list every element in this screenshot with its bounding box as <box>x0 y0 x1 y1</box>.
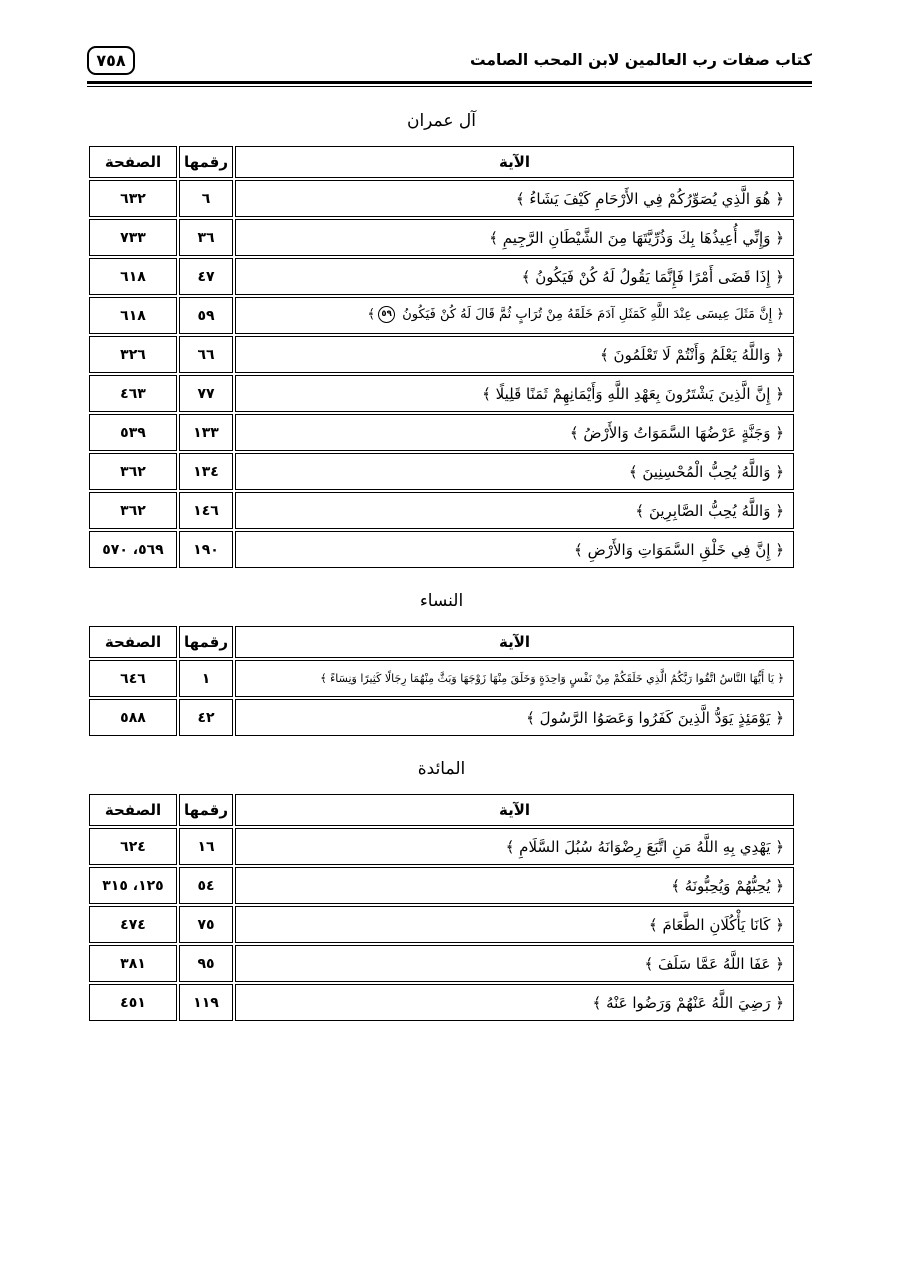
verse-text: ﴿ وَاللَّهُ يُحِبُّ الصَّابِرِينَ ﴾ <box>635 502 784 520</box>
column-header-verse: الآية <box>235 794 794 826</box>
page-number-cell: ٣٨١ <box>89 945 177 982</box>
verse-row: ﴿ كَانَا يَأْكُلَانِ الطَّعَامَ ﴾٧٥٤٧٤ <box>89 906 794 943</box>
verses-table: الآيةرقمهاالصفحة﴿ هُوَ الَّذِي يُصَوِّرُ… <box>87 144 796 570</box>
verse-row: ﴿ رَضِيَ اللَّهُ عَنْهُمْ وَرَضُوا عَنْه… <box>89 984 794 1021</box>
page-number-cell: ٦٤٦ <box>89 660 177 697</box>
ayah-number-cell: ١ <box>179 660 233 697</box>
verse-row: ﴿ إِنَّ فِي خَلْقِ السَّمَوَاتِ وَالأَرْ… <box>89 531 794 568</box>
ayah-number-medallion: ٥٩ <box>378 306 395 323</box>
verse-cell: ﴿ وَإِنِّي أُعِيذُهَا بِكَ وَذُرِّيَّتَه… <box>235 219 794 256</box>
page-number-cell: ٦٣٢ <box>89 180 177 217</box>
ayah-number-cell: ٦٦ <box>179 336 233 373</box>
verse-row: ﴿ إِنَّ الَّذِينَ يَشْتَرُونَ بِعَهْدِ ا… <box>89 375 794 412</box>
ayah-number-cell: ١٣٤ <box>179 453 233 490</box>
verse-cell: ﴿ يُحِبُّهُمْ وَيُحِبُّونَهُ ﴾ <box>235 867 794 904</box>
page-number-badge: ٧٥٨ <box>87 46 135 75</box>
column-header-number: رقمها <box>179 794 233 826</box>
table-header-row: الآيةرقمهاالصفحة <box>89 626 794 658</box>
verse-row: ﴿ يَا أَيُّهَا النَّاسُ اتَّقُوا رَبَّكُ… <box>89 660 794 697</box>
verse-cell: ﴿ إِنَّ فِي خَلْقِ السَّمَوَاتِ وَالأَرْ… <box>235 531 794 568</box>
verse-cell: ﴿ يَا أَيُّهَا النَّاسُ اتَّقُوا رَبَّكُ… <box>235 660 794 697</box>
book-header-title: كتاب صفات رب العالمين لابن المحب الصامت <box>470 51 812 69</box>
ayah-number-cell: ١٤٦ <box>179 492 233 529</box>
verse-text: ﴿ وَإِنِّي أُعِيذُهَا بِكَ وَذُرِّيَّتَه… <box>489 229 784 247</box>
verse-text: ﴿ يَهْدِي بِهِ اللَّهُ مَنِ اتَّبَعَ رِض… <box>506 838 784 856</box>
verse-end-bracket: ﴾ <box>367 307 375 322</box>
verse-text: ﴿ يَوْمَئِذٍ يَوَدُّ الَّذِينَ كَفَرُوا … <box>526 709 784 727</box>
book-page: كتاب صفات رب العالمين لابن المحب الصامت … <box>0 0 900 1269</box>
ayah-number-cell: ٦ <box>179 180 233 217</box>
column-header-page: الصفحة <box>89 626 177 658</box>
page-number-cell: ٧٣٣ <box>89 219 177 256</box>
column-header-number: رقمها <box>179 626 233 658</box>
verse-row: ﴿ وَإِنِّي أُعِيذُهَا بِكَ وَذُرِّيَّتَه… <box>89 219 794 256</box>
ayah-number-cell: ٥٤ <box>179 867 233 904</box>
table-body: ﴿ هُوَ الَّذِي يُصَوِّرُكُمْ فِي الأَرْح… <box>89 180 794 568</box>
table-body: ﴿ يَا أَيُّهَا النَّاسُ اتَّقُوا رَبَّكُ… <box>89 660 794 736</box>
surah-title: النساء <box>87 591 796 611</box>
verse-text: ﴿ إِنَّ الَّذِينَ يَشْتَرُونَ بِعَهْدِ ا… <box>482 385 784 403</box>
header-rule <box>87 81 812 87</box>
verse-text: ﴿ هُوَ الَّذِي يُصَوِّرُكُمْ فِي الأَرْح… <box>516 190 784 208</box>
surah-title: المائدة <box>87 759 796 779</box>
verse-cell: ﴿ وَاللَّهُ يُحِبُّ الْمُحْسِنِينَ ﴾ <box>235 453 794 490</box>
table-header: الآيةرقمهاالصفحة <box>89 626 794 658</box>
verse-row: ﴿ هُوَ الَّذِي يُصَوِّرُكُمْ فِي الأَرْح… <box>89 180 794 217</box>
page-number-cell: ٣٢٦ <box>89 336 177 373</box>
column-header-page: الصفحة <box>89 146 177 178</box>
verse-row: ﴿ وَاللَّهُ يُحِبُّ الصَّابِرِينَ ﴾١٤٦٣٦… <box>89 492 794 529</box>
verse-cell: ﴿ إِنَّ مَثَلَ عِيسَى عِنْدَ اللَّهِ كَم… <box>235 297 794 334</box>
verse-text: ﴿ إِذَا قَضَى أَمْرًا فَإِنَّمَا يَقُولُ… <box>522 268 784 286</box>
verse-row: ﴿ وَجَنَّةٍ عَرْضُهَا السَّمَوَاتُ وَالأ… <box>89 414 794 451</box>
surah-section: آل عمرانالآيةرقمهاالصفحة﴿ هُوَ الَّذِي ي… <box>87 111 812 570</box>
page-number-cell: ٤٧٤ <box>89 906 177 943</box>
verse-index: آل عمرانالآيةرقمهاالصفحة﴿ هُوَ الَّذِي ي… <box>87 111 812 1023</box>
ayah-number-cell: ٧٥ <box>179 906 233 943</box>
verse-row: ﴿ وَاللَّهُ يُحِبُّ الْمُحْسِنِينَ ﴾١٣٤٣… <box>89 453 794 490</box>
page-header: كتاب صفات رب العالمين لابن المحب الصامت … <box>87 45 812 75</box>
verse-row: ﴿ عَفَا اللَّهُ عَمَّا سَلَفَ ﴾٩٥٣٨١ <box>89 945 794 982</box>
ayah-number-cell: ١٣٣ <box>179 414 233 451</box>
ayah-number-cell: ١٩٠ <box>179 531 233 568</box>
table-body: ﴿ يَهْدِي بِهِ اللَّهُ مَنِ اتَّبَعَ رِض… <box>89 828 794 1021</box>
ayah-number-cell: ٤٧ <box>179 258 233 295</box>
page-number: ٧٥٨ <box>96 51 125 70</box>
surah-title: آل عمران <box>87 111 796 131</box>
verse-cell: ﴿ إِنَّ الَّذِينَ يَشْتَرُونَ بِعَهْدِ ا… <box>235 375 794 412</box>
ayah-number-cell: ٧٧ <box>179 375 233 412</box>
table-header: الآيةرقمهاالصفحة <box>89 146 794 178</box>
verses-table: الآيةرقمهاالصفحة﴿ يَا أَيُّهَا النَّاسُ … <box>87 624 796 738</box>
verse-cell: ﴿ وَاللَّهُ يُحِبُّ الصَّابِرِينَ ﴾ <box>235 492 794 529</box>
verse-cell: ﴿ إِذَا قَضَى أَمْرًا فَإِنَّمَا يَقُولُ… <box>235 258 794 295</box>
ayah-number-cell: ٥٩ <box>179 297 233 334</box>
verse-text: ﴿ عَفَا اللَّهُ عَمَّا سَلَفَ ﴾ <box>644 955 784 973</box>
verse-text: ﴿ وَاللَّهُ يُحِبُّ الْمُحْسِنِينَ ﴾ <box>629 463 784 481</box>
ayah-number-cell: ٤٢ <box>179 699 233 736</box>
verse-text: ﴿ رَضِيَ اللَّهُ عَنْهُمْ وَرَضُوا عَنْه… <box>593 994 784 1012</box>
ayah-number-cell: ١١٩ <box>179 984 233 1021</box>
page-number-cell: ٦١٨ <box>89 258 177 295</box>
column-header-verse: الآية <box>235 626 794 658</box>
verse-text: ﴿ يُحِبُّهُمْ وَيُحِبُّونَهُ ﴾ <box>671 877 784 895</box>
verse-text: ﴿ كَانَا يَأْكُلَانِ الطَّعَامَ ﴾ <box>649 916 784 934</box>
page-number-cell: ٦١٨ <box>89 297 177 334</box>
table-header-row: الآيةرقمهاالصفحة <box>89 794 794 826</box>
page-number-cell: ٤٥١ <box>89 984 177 1021</box>
page-content: كتاب صفات رب العالمين لابن المحب الصامت … <box>0 0 900 1023</box>
verse-text: ﴿ إِنَّ مَثَلَ عِيسَى عِنْدَ اللَّهِ كَم… <box>398 307 784 322</box>
ayah-number-cell: ٩٥ <box>179 945 233 982</box>
verse-row: ﴿ يَهْدِي بِهِ اللَّهُ مَنِ اتَّبَعَ رِض… <box>89 828 794 865</box>
verse-cell: ﴿ عَفَا اللَّهُ عَمَّا سَلَفَ ﴾ <box>235 945 794 982</box>
verse-cell: ﴿ يَوْمَئِذٍ يَوَدُّ الَّذِينَ كَفَرُوا … <box>235 699 794 736</box>
page-number-cell: ٥٣٩ <box>89 414 177 451</box>
page-number-cell: ٦٢٤ <box>89 828 177 865</box>
verse-cell: ﴿ وَاللَّهُ يَعْلَمُ وَأَنْتُمْ لَا تَعْ… <box>235 336 794 373</box>
verse-cell: ﴿ وَجَنَّةٍ عَرْضُهَا السَّمَوَاتُ وَالأ… <box>235 414 794 451</box>
page-number-cell: ٥٦٩، ٥٧٠ <box>89 531 177 568</box>
verse-text: ﴿ يَا أَيُّهَا النَّاسُ اتَّقُوا رَبَّكُ… <box>320 672 784 685</box>
verse-row: ﴿ إِنَّ مَثَلَ عِيسَى عِنْدَ اللَّهِ كَم… <box>89 297 794 334</box>
page-number-cell: ٤٦٣ <box>89 375 177 412</box>
ayah-number-cell: ٣٦ <box>179 219 233 256</box>
surah-section: المائدةالآيةرقمهاالصفحة﴿ يَهْدِي بِهِ ال… <box>87 759 812 1023</box>
verse-row: ﴿ يُحِبُّهُمْ وَيُحِبُّونَهُ ﴾٥٤١٢٥، ٣١٥ <box>89 867 794 904</box>
verse-text: ﴿ وَاللَّهُ يَعْلَمُ وَأَنْتُمْ لَا تَعْ… <box>600 346 784 364</box>
column-header-page: الصفحة <box>89 794 177 826</box>
page-number-cell: ٥٨٨ <box>89 699 177 736</box>
table-header-row: الآيةرقمهاالصفحة <box>89 146 794 178</box>
column-header-verse: الآية <box>235 146 794 178</box>
verse-text: ﴿ وَجَنَّةٍ عَرْضُهَا السَّمَوَاتُ وَالأ… <box>570 424 784 442</box>
verse-cell: ﴿ يَهْدِي بِهِ اللَّهُ مَنِ اتَّبَعَ رِض… <box>235 828 794 865</box>
verses-table: الآيةرقمهاالصفحة﴿ يَهْدِي بِهِ اللَّهُ م… <box>87 792 796 1023</box>
ayah-number-cell: ١٦ <box>179 828 233 865</box>
verse-cell: ﴿ هُوَ الَّذِي يُصَوِّرُكُمْ فِي الأَرْح… <box>235 180 794 217</box>
table-header: الآيةرقمهاالصفحة <box>89 794 794 826</box>
page-number-cell: ١٢٥، ٣١٥ <box>89 867 177 904</box>
verse-cell: ﴿ كَانَا يَأْكُلَانِ الطَّعَامَ ﴾ <box>235 906 794 943</box>
verse-row: ﴿ يَوْمَئِذٍ يَوَدُّ الَّذِينَ كَفَرُوا … <box>89 699 794 736</box>
page-number-cell: ٣٦٢ <box>89 492 177 529</box>
verse-row: ﴿ إِذَا قَضَى أَمْرًا فَإِنَّمَا يَقُولُ… <box>89 258 794 295</box>
column-header-number: رقمها <box>179 146 233 178</box>
verse-row: ﴿ وَاللَّهُ يَعْلَمُ وَأَنْتُمْ لَا تَعْ… <box>89 336 794 373</box>
surah-section: النساءالآيةرقمهاالصفحة﴿ يَا أَيُّهَا الن… <box>87 591 812 738</box>
page-number-cell: ٣٦٢ <box>89 453 177 490</box>
verse-text: ﴿ إِنَّ فِي خَلْقِ السَّمَوَاتِ وَالأَرْ… <box>574 541 784 559</box>
verse-cell: ﴿ رَضِيَ اللَّهُ عَنْهُمْ وَرَضُوا عَنْه… <box>235 984 794 1021</box>
